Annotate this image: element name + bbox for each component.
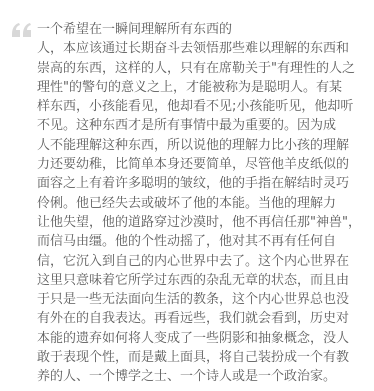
quote-line: 人不能理解这种东西，所以说他的理解力比小孩的理解 — [37, 136, 337, 155]
quote-line: 让他失望，他的道路穿过沙漠时，他不再信任那"神兽"， — [37, 213, 337, 232]
quote-line: 有外在的自我表达。再看远些，我们就会看到，历史对 — [37, 309, 337, 328]
quote-line: 理性"的警句的意义之上，才能被称为是聪明人。有某 — [37, 78, 337, 97]
quote-line: 力还要幼稚，比简单本身还要简单，尽管他羊皮纸似的 — [37, 155, 337, 174]
quote-line: 面容之上有着许多聪明的皱纹，他的手指在解结时灵巧 — [37, 174, 337, 193]
open-quote-icon — [10, 20, 34, 40]
quote-line: 人，本应该通过长期奋斗去领悟那些难以理解的东西和 — [37, 39, 337, 58]
quote-line: 养的人、一个博学之士、一个诗人或是一个政治家。 — [37, 367, 337, 386]
quote-line: 信，它沉入到自己的内心世界中去了。这个内心世界在 — [37, 252, 337, 271]
quote-line: 这里只意味着它所学过东西的杂乱无章的状态，而且由 — [37, 271, 337, 290]
quote-line: 样东西，小孩能看见，他却看不见;小孩能听见，他却听 — [37, 97, 337, 116]
quote-line: 敢于表现个性，而是戴上面具，将自己装扮成一个有教 — [37, 348, 337, 367]
quote-line: 不见。这种东西才是所有事情中最为重要的。因为成 — [37, 116, 337, 135]
quote-line: 崇高的东西，这样的人，只有在席勒关于"有理性的人之 — [37, 59, 337, 78]
quote-line: 伶俐。他已经失去或破坏了他的本能。当他的理解力 — [37, 194, 337, 213]
quote-text-block: 一个希望在一瞬间理解所有东西的 人，本应该通过长期奋斗去领悟那些难以理解的东西和… — [37, 20, 337, 387]
quote-line: 而信马由缰。他的个性动摇了，他对其不再有任何自 — [37, 232, 337, 251]
quote-line: 一个希望在一瞬间理解所有东西的 — [37, 20, 337, 39]
quote-line: 本能的遗弃如何将人变成了一些阴影和抽象概念，没人 — [37, 329, 337, 348]
quote-line: 于只是一些无法面向生活的教条，这个内心世界总也没 — [37, 290, 337, 309]
